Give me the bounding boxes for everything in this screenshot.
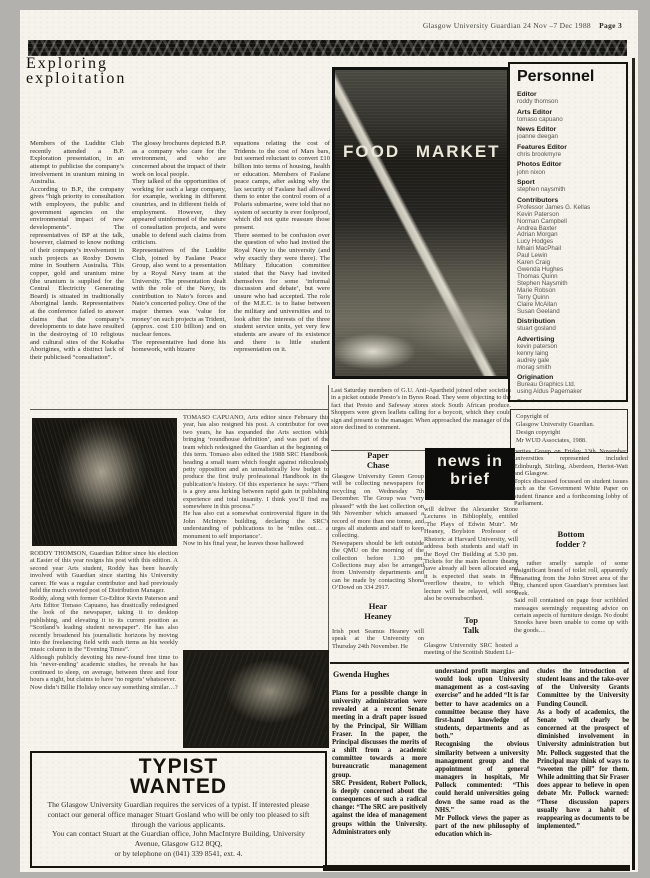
role-names: tomaso capuano [517, 117, 619, 124]
lead-headline: Exploring exploitation [26, 56, 340, 87]
heading-bottom-fodder: Bottom fodder ? [514, 530, 628, 550]
role-names: Bureau Graphics Ltd. using Aldus Pagemak… [517, 382, 619, 396]
typist-wanted-ad: TYPIST WANTED The Glasgow University Gua… [30, 751, 327, 868]
personnel-section-photos: Photos Editor john nixon [517, 161, 619, 176]
personnel-section-advertising: Advertising kevin paterson kenny laing a… [517, 336, 619, 372]
roddy-thomson-photo [32, 418, 177, 546]
personnel-section-printing: Printing Westwords Press Ltd. [517, 399, 619, 402]
byline-gwenda-hughes: Gwenda Hughes [333, 671, 443, 680]
personnel-section-origination: Origination Bureau Graphics Ltd. using A… [517, 374, 619, 396]
decorative-bar [28, 40, 627, 56]
admin-column-2: understand profit margins and would look… [435, 668, 529, 868]
newspaper-page: Glasgow University Guardian 24 Nov –7 De… [20, 10, 638, 872]
typist-ad-body: The Glasgow University Guardian requires… [32, 797, 325, 862]
role-names: stuart gosland [517, 326, 619, 333]
personnel-panel: Personnel Editor roddy thomson Arts Edit… [508, 62, 628, 402]
masthead-text: Glasgow University Guardian 24 Nov –7 De… [423, 21, 591, 30]
role-names: roddy thomson [517, 99, 619, 106]
personnel-title: Personnel [517, 69, 619, 85]
role-names: joanne deegan [517, 134, 619, 141]
tomaso-capuano-photo [183, 650, 329, 748]
article-divider [330, 662, 629, 664]
admin-column-1: Plans for a possible change in universit… [332, 690, 427, 868]
role-names: john nixon [517, 170, 619, 177]
heaney-continued-column: will deliver the Alexander Stone Lecture… [424, 506, 518, 614]
personnel-section-features: Features Editor chris brookmyre [517, 144, 619, 159]
lead-column-1: Members of the Luddite Club recently att… [30, 140, 124, 384]
personnel-section-distribution: Distribution stuart gosland [517, 318, 619, 333]
personnel-section-news: News Editor joanne deegan [517, 126, 619, 141]
heading-paper-chase: Paper Chase [332, 451, 424, 471]
section-rule-left [30, 409, 328, 410]
scan-edge-bottom [323, 865, 630, 871]
running-head: Glasgow University Guardian 24 Nov –7 De… [423, 21, 622, 30]
personnel-section-contributors: Contributors Professor James G. Kellas K… [517, 197, 619, 316]
role-names: chris brookmyre [517, 152, 619, 159]
roddy-thomson-text: RODDY THOMSON, Guardian Editor since his… [30, 550, 178, 748]
role-names: Professor James G. Kellas Kevin Paterson… [517, 205, 619, 316]
personnel-section-sport: Sport stephen naysmith [517, 179, 619, 194]
typist-ad-title: TYPIST WANTED [32, 757, 325, 797]
top-talk-body: Glasgow University SRC hosted a meeting … [424, 642, 518, 660]
lead-column-3: equations relating the cost of Tridents … [234, 140, 330, 384]
photo-caption: Last Saturday members of G.U. Anti-Apart… [331, 387, 511, 447]
personnel-section-editor: Editor roddy thomson [517, 91, 619, 106]
role-names: kevin paterson kenny laing audrey gale m… [517, 344, 619, 372]
admin-column-3: cludes the introduction of student loans… [537, 668, 629, 868]
page-number: Page 3 [599, 21, 622, 30]
personnel-section-arts: Arts Editor tomaso capuano [517, 109, 619, 124]
role-names: stephen naysmith [517, 187, 619, 194]
heading-hear-heaney: Hear Heaney [332, 602, 424, 622]
paper-chase-body: Glasgow University Green Group will be c… [332, 473, 424, 599]
copyright-box: Copyright of Glasgow University Guardian… [510, 409, 628, 453]
lead-column-2: The glossy brochures depicted B.P. as a … [132, 140, 226, 384]
top-talk-continued-column: berties Group on Friday 13th November; u… [514, 448, 628, 524]
news-in-brief-banner: news in brief [425, 448, 515, 500]
bottom-fodder-body: A rather smelly sample of some insignifi… [514, 560, 628, 660]
tomaso-capuano-text: TOMASO CAPUANO, Arts editor since Februa… [183, 414, 329, 648]
role-label: Printing [517, 399, 619, 402]
scan-edge-right [632, 58, 635, 870]
heading-top-talk: Top Talk [424, 616, 518, 636]
food-market-sign: FOOD MARKET [343, 142, 503, 162]
picket-photo: FOOD MARKET [332, 67, 510, 379]
hear-heaney-body: Irish poet Seamus Heaney will speak at t… [332, 628, 424, 660]
